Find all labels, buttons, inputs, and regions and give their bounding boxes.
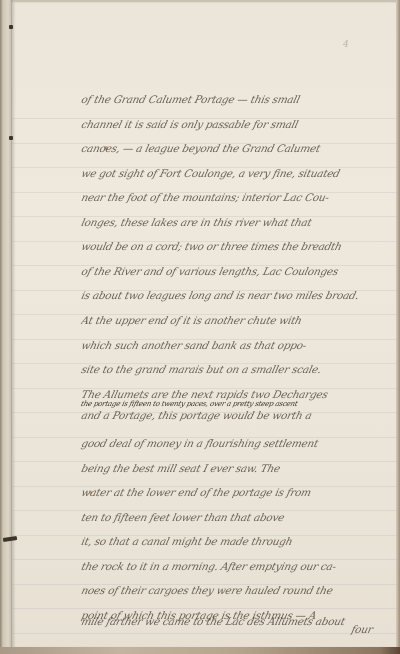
manuscript-line: the rock to it in a morning. After empty… <box>80 561 393 573</box>
manuscript-line: we got sight of Fort Coulonge, a very fi… <box>80 168 393 180</box>
manuscript-line: canoes, — a league beyond the Grand Calu… <box>80 143 393 155</box>
manuscript-line: At the upper end of it is another chute … <box>80 315 393 327</box>
manuscript-line: noes of their cargoes they were hauled r… <box>80 585 393 597</box>
manuscript-line: it, so that a canal might be made throug… <box>80 536 393 548</box>
manuscript-line: longes, these lakes are in this river wh… <box>80 217 393 229</box>
manuscript-line: four <box>350 624 393 636</box>
manuscript-line: channel it is said is only passable for … <box>80 119 393 131</box>
ruled-line <box>12 559 397 560</box>
binding-stitch-middle <box>9 136 13 140</box>
page-bottom-edge <box>0 647 400 654</box>
manuscript-line: water at the lower end of the portage is… <box>80 487 393 499</box>
manuscript-line: site to the grand marais but on a smalle… <box>80 364 393 376</box>
manuscript-line: would be on a cord; two or three times t… <box>80 241 393 253</box>
manuscript-line: good deal of money in a flourishing sett… <box>80 438 393 450</box>
ruled-line <box>12 608 397 609</box>
manuscript-line: of the Grand Calumet Portage — this smal… <box>80 94 393 106</box>
ruled-line <box>12 510 397 511</box>
manuscript-line: is about two leagues long and is near tw… <box>80 290 393 302</box>
manuscript-line: mile farther we came to the Lac des Allu… <box>80 616 393 628</box>
manuscript-line: being the best mill seat I ever saw. The <box>80 463 393 475</box>
ruled-line <box>12 633 397 634</box>
page-right-edge <box>396 0 400 654</box>
manuscript-line: of the River and of various lengths, Lac… <box>80 266 393 278</box>
manuscript-line: near the foot of the mountains; interior… <box>80 192 393 204</box>
manuscript-line: ten to fifteen feet lower than that abov… <box>80 512 393 524</box>
manuscript-line: which such another sand bank as that opp… <box>80 340 393 352</box>
ruled-line <box>12 461 397 462</box>
binding-stitch-top <box>9 25 13 29</box>
manuscript-line: and a Portage, this portage would be wor… <box>80 410 393 422</box>
manuscript-line: the portage is fifteen to twenty paces, … <box>80 399 392 408</box>
page-number-mark: 4 <box>343 40 349 50</box>
